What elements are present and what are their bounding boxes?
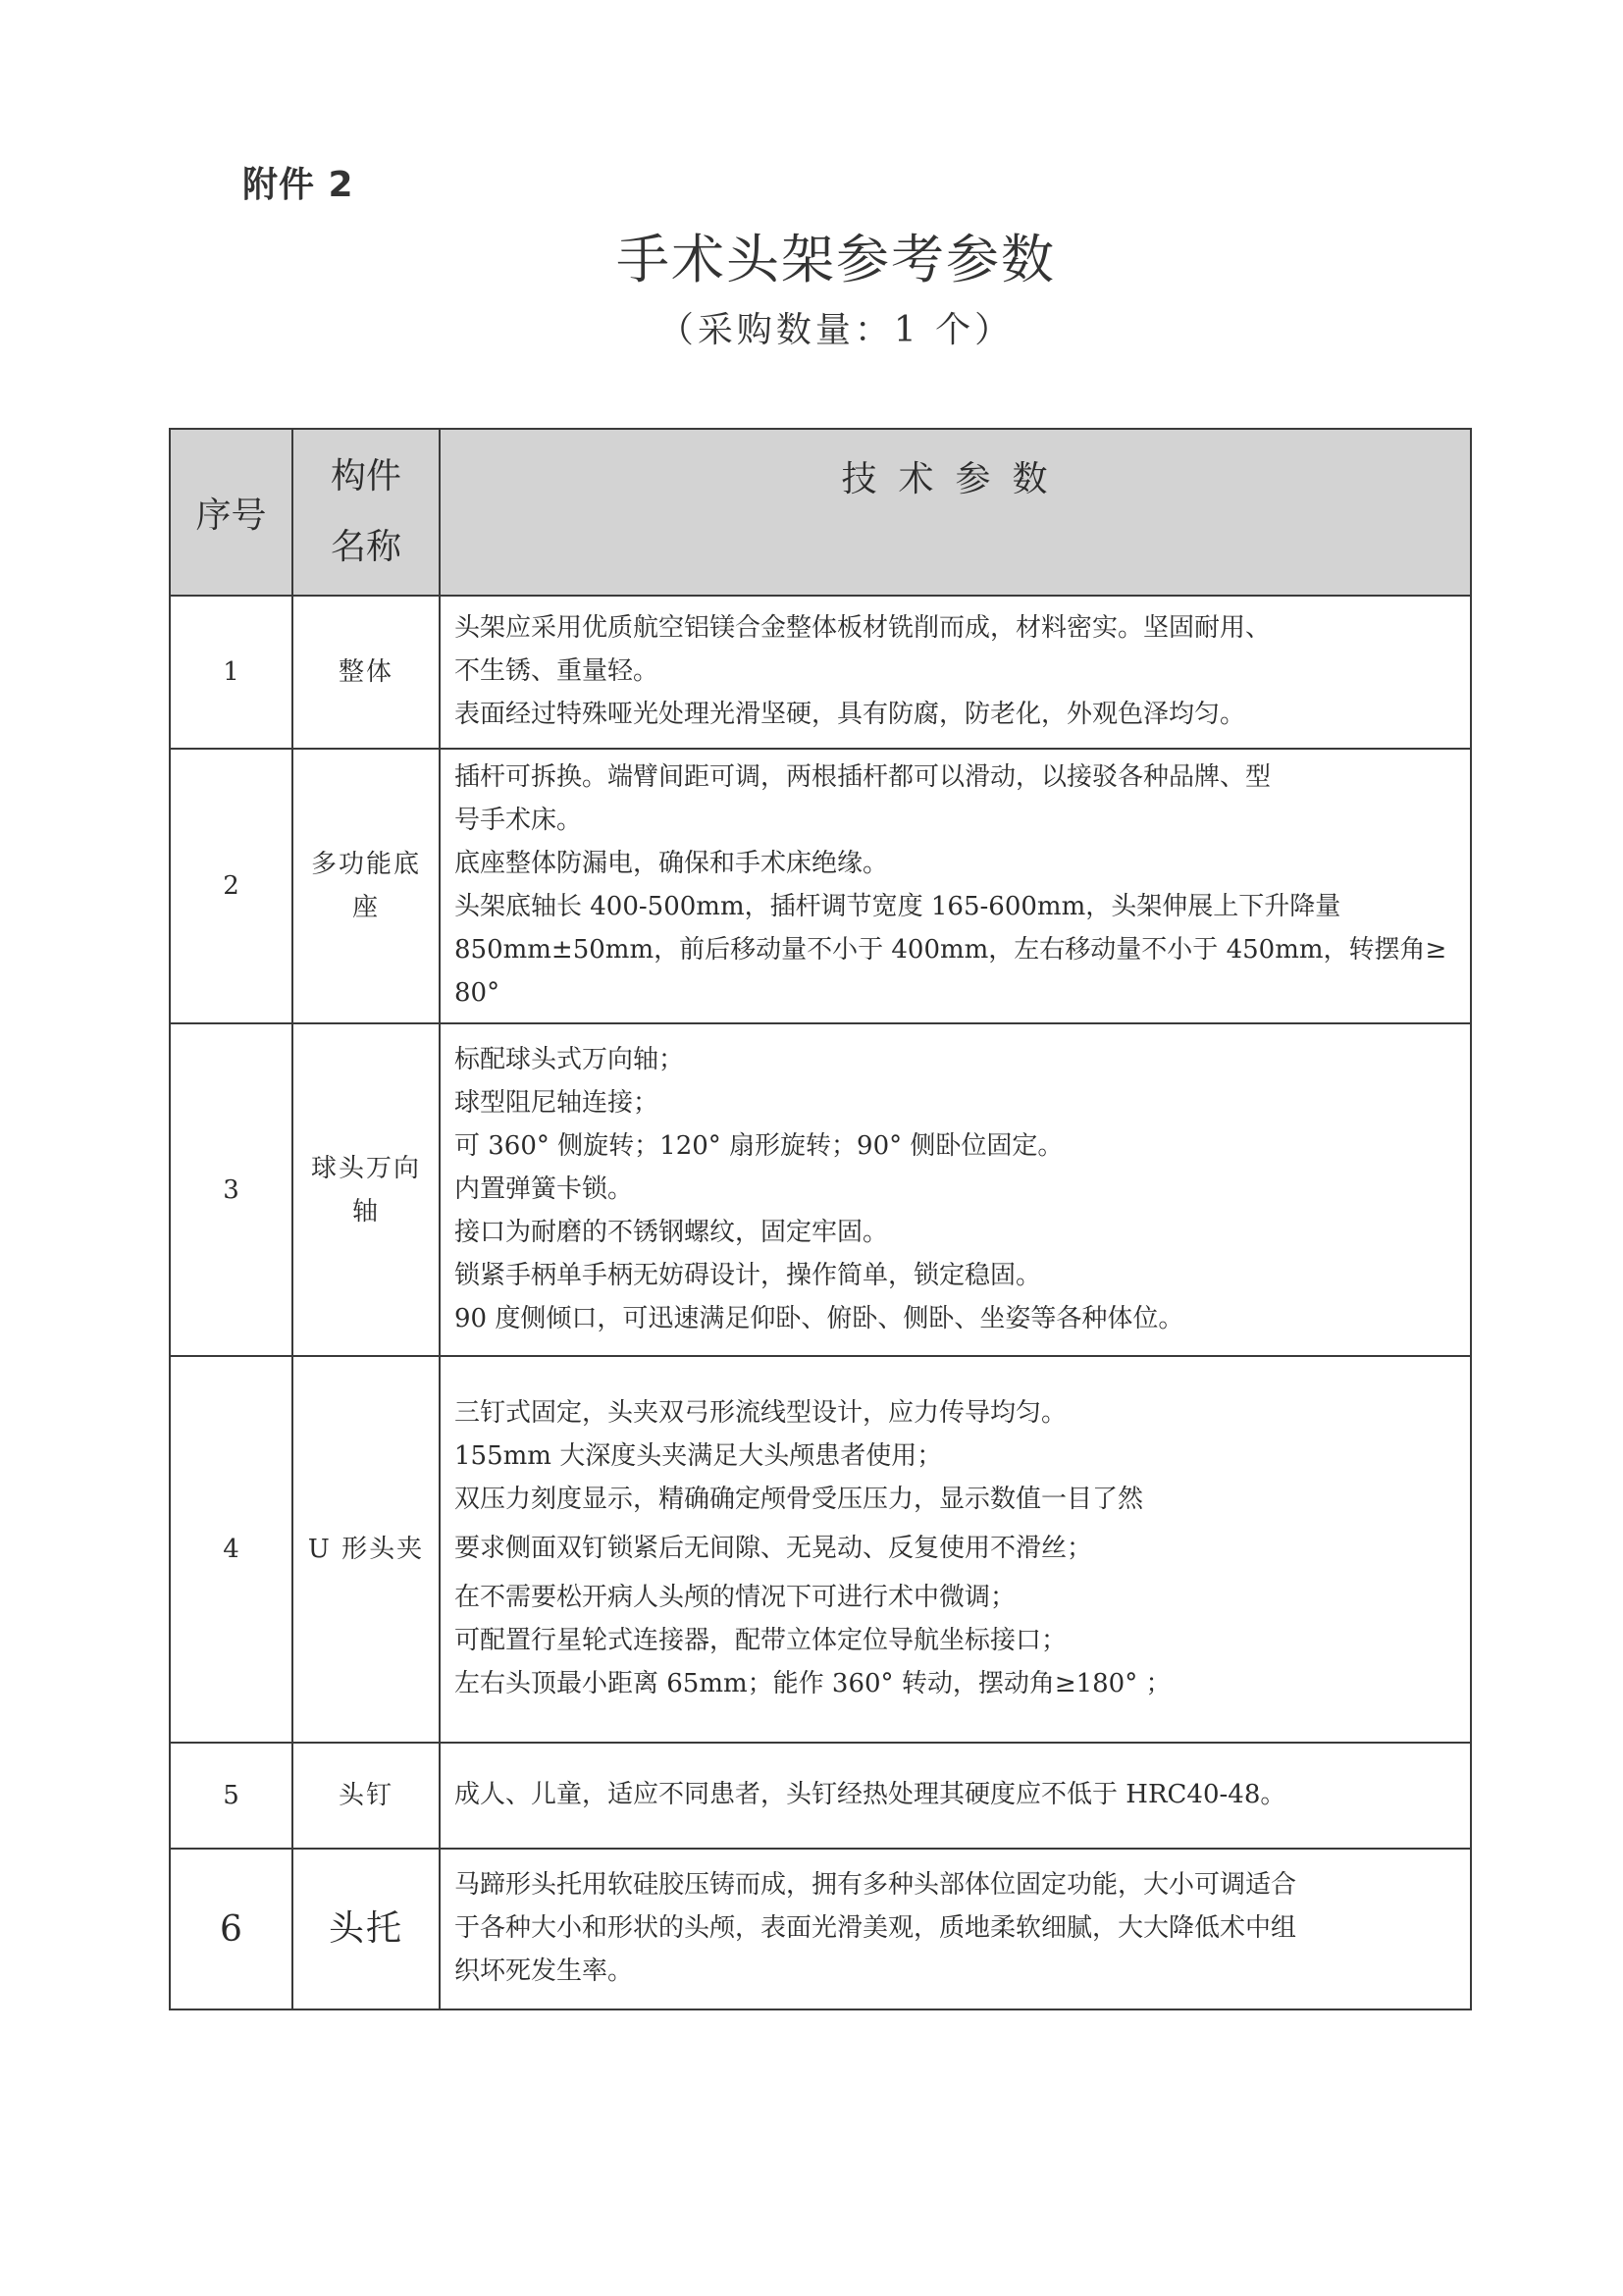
row-component-name: U 形头夹 xyxy=(292,1356,440,1743)
spec-line: 90 度侧倾口，可迅速满足仰卧、俯卧、侧卧、坐姿等各种体位。 xyxy=(454,1297,1454,1340)
row-no: 4 xyxy=(170,1356,292,1743)
table-row: 6 头托 马蹄形头托用软硅胶压铸而成，拥有多种头部体位固定功能，大小可调适合 于… xyxy=(170,1849,1471,2009)
spec-line: 马蹄形头托用软硅胶压铸而成，拥有多种头部体位固定功能，大小可调适合 xyxy=(454,1863,1454,1906)
spec-line: 锁紧手柄单手柄无妨碍设计，操作简单，锁定稳固。 xyxy=(454,1254,1454,1297)
spec-line: 850mm±50mm，前后移动量不小于 400mm，左右移动量不小于 450mm… xyxy=(454,928,1454,971)
spec-line: 三钉式固定，头夹双弓形流线型设计，应力传导均匀。 xyxy=(454,1391,1454,1435)
row-no: 6 xyxy=(170,1849,292,2009)
spec-line: 头架底轴长 400-500mm，插杆调节宽度 165-600mm，头架伸展上下升… xyxy=(454,885,1454,928)
spec-line: 头架应采用优质航空铝镁合金整体板材铣削而成，材料密实。坚固耐用、 xyxy=(454,606,1454,650)
spec-line: 可配置行星轮式连接器，配带立体定位导航坐标接口； xyxy=(454,1619,1454,1662)
row-spec: 成人、儿童，适应不同患者，头钉经热处理其硬度应不低于 HRC40-48。 xyxy=(440,1743,1471,1849)
spec-line: 要求侧面双钉锁紧后无间隙、无晃动、反复使用不滑丝； xyxy=(454,1527,1454,1570)
spec-line: 内置弹簧卡锁。 xyxy=(454,1168,1454,1211)
spec-line: 标配球头式万向轴； xyxy=(454,1038,1454,1081)
table-row: 2 多功能底座 插杆可拆换。端臂间距可调，两根插杆都可以滑动，以接驳各种品牌、型… xyxy=(170,749,1471,1023)
spec-line: 底座整体防漏电，确保和手术床绝缘。 xyxy=(454,842,1454,885)
header-spec: 技术参数 xyxy=(440,429,1471,596)
spec-line: 于各种大小和形状的头颅，表面光滑美观，质地柔软细腻，大大降低术中组 xyxy=(454,1906,1454,1950)
table-row: 5 头钉 成人、儿童，适应不同患者，头钉经热处理其硬度应不低于 HRC40-48… xyxy=(170,1743,1471,1849)
spec-line: 织坏死发生率。 xyxy=(454,1950,1454,1993)
document-title: 手术头架参考参数 xyxy=(0,218,1623,293)
row-component-name: 整体 xyxy=(292,596,440,749)
spec-line: 左右头顶最小距离 65mm；能作 360° 转动，摆动角≥180° ； xyxy=(454,1662,1454,1705)
spec-line: 成人、儿童，适应不同患者，头钉经热处理其硬度应不低于 HRC40-48。 xyxy=(454,1773,1454,1816)
attachment-label: 附件 2 xyxy=(242,157,354,207)
spec-line: 双压力刻度显示，精确确定颅骨受压压力，显示数值一目了然 xyxy=(454,1478,1454,1521)
row-component-name: 球头万向轴 xyxy=(292,1023,440,1356)
row-spec: 三钉式固定，头夹双弓形流线型设计，应力传导均匀。 155mm 大深度头夹满足大头… xyxy=(440,1356,1471,1743)
spec-line: 不生锈、重量轻。 xyxy=(454,650,1454,693)
row-component-name: 头钉 xyxy=(292,1743,440,1849)
table-row: 4 U 形头夹 三钉式固定，头夹双弓形流线型设计，应力传导均匀。 155mm 大… xyxy=(170,1356,1471,1743)
row-no: 5 xyxy=(170,1743,292,1849)
row-no: 1 xyxy=(170,596,292,749)
header-name-line1: 构件 xyxy=(293,442,439,512)
header-component-name: 构件 名称 xyxy=(292,429,440,596)
row-spec: 头架应采用优质航空铝镁合金整体板材铣削而成，材料密实。坚固耐用、 不生锈、重量轻… xyxy=(440,596,1471,749)
spec-line: 表面经过特殊哑光处理光滑坚硬，具有防腐，防老化，外观色泽均匀。 xyxy=(454,693,1454,736)
table-header-row: 序号 构件 名称 技术参数 xyxy=(170,429,1471,596)
row-no: 3 xyxy=(170,1023,292,1356)
spec-table: 序号 构件 名称 技术参数 1 整体 头架应采用优质航空铝镁合金整体板材铣削而成… xyxy=(169,428,1472,2010)
row-spec: 标配球头式万向轴； 球型阻尼轴连接； 可 360° 侧旋转；120° 扇形旋转；… xyxy=(440,1023,1471,1356)
spec-line: 可 360° 侧旋转；120° 扇形旋转；90° 侧卧位固定。 xyxy=(454,1124,1454,1168)
table-row: 3 球头万向轴 标配球头式万向轴； 球型阻尼轴连接； 可 360° 侧旋转；12… xyxy=(170,1023,1471,1356)
row-component-name: 多功能底座 xyxy=(292,749,440,1023)
spec-line: 在不需要松开病人头颅的情况下可进行术中微调； xyxy=(454,1576,1454,1619)
table-row: 1 整体 头架应采用优质航空铝镁合金整体板材铣削而成，材料密实。坚固耐用、 不生… xyxy=(170,596,1471,749)
spec-line: 球型阻尼轴连接； xyxy=(454,1081,1454,1124)
spec-line: 号手术床。 xyxy=(454,799,1454,842)
spec-line: 插杆可拆换。端臂间距可调，两根插杆都可以滑动，以接驳各种品牌、型 xyxy=(454,756,1454,799)
spec-line: 155mm 大深度头夹满足大头颅患者使用； xyxy=(454,1435,1454,1478)
header-name-line2: 名称 xyxy=(293,512,439,583)
document-subtitle: （采购数量：1 个） xyxy=(0,302,1623,352)
spec-line: 接口为耐磨的不锈钢螺纹，固定牢固。 xyxy=(454,1211,1454,1254)
row-no: 2 xyxy=(170,749,292,1023)
row-spec: 马蹄形头托用软硅胶压铸而成，拥有多种头部体位固定功能，大小可调适合 于各种大小和… xyxy=(440,1849,1471,2009)
header-no: 序号 xyxy=(170,429,292,596)
row-spec: 插杆可拆换。端臂间距可调，两根插杆都可以滑动，以接驳各种品牌、型 号手术床。 底… xyxy=(440,749,1471,1023)
spec-line: 80° xyxy=(454,971,1454,1015)
row-component-name: 头托 xyxy=(292,1849,440,2009)
